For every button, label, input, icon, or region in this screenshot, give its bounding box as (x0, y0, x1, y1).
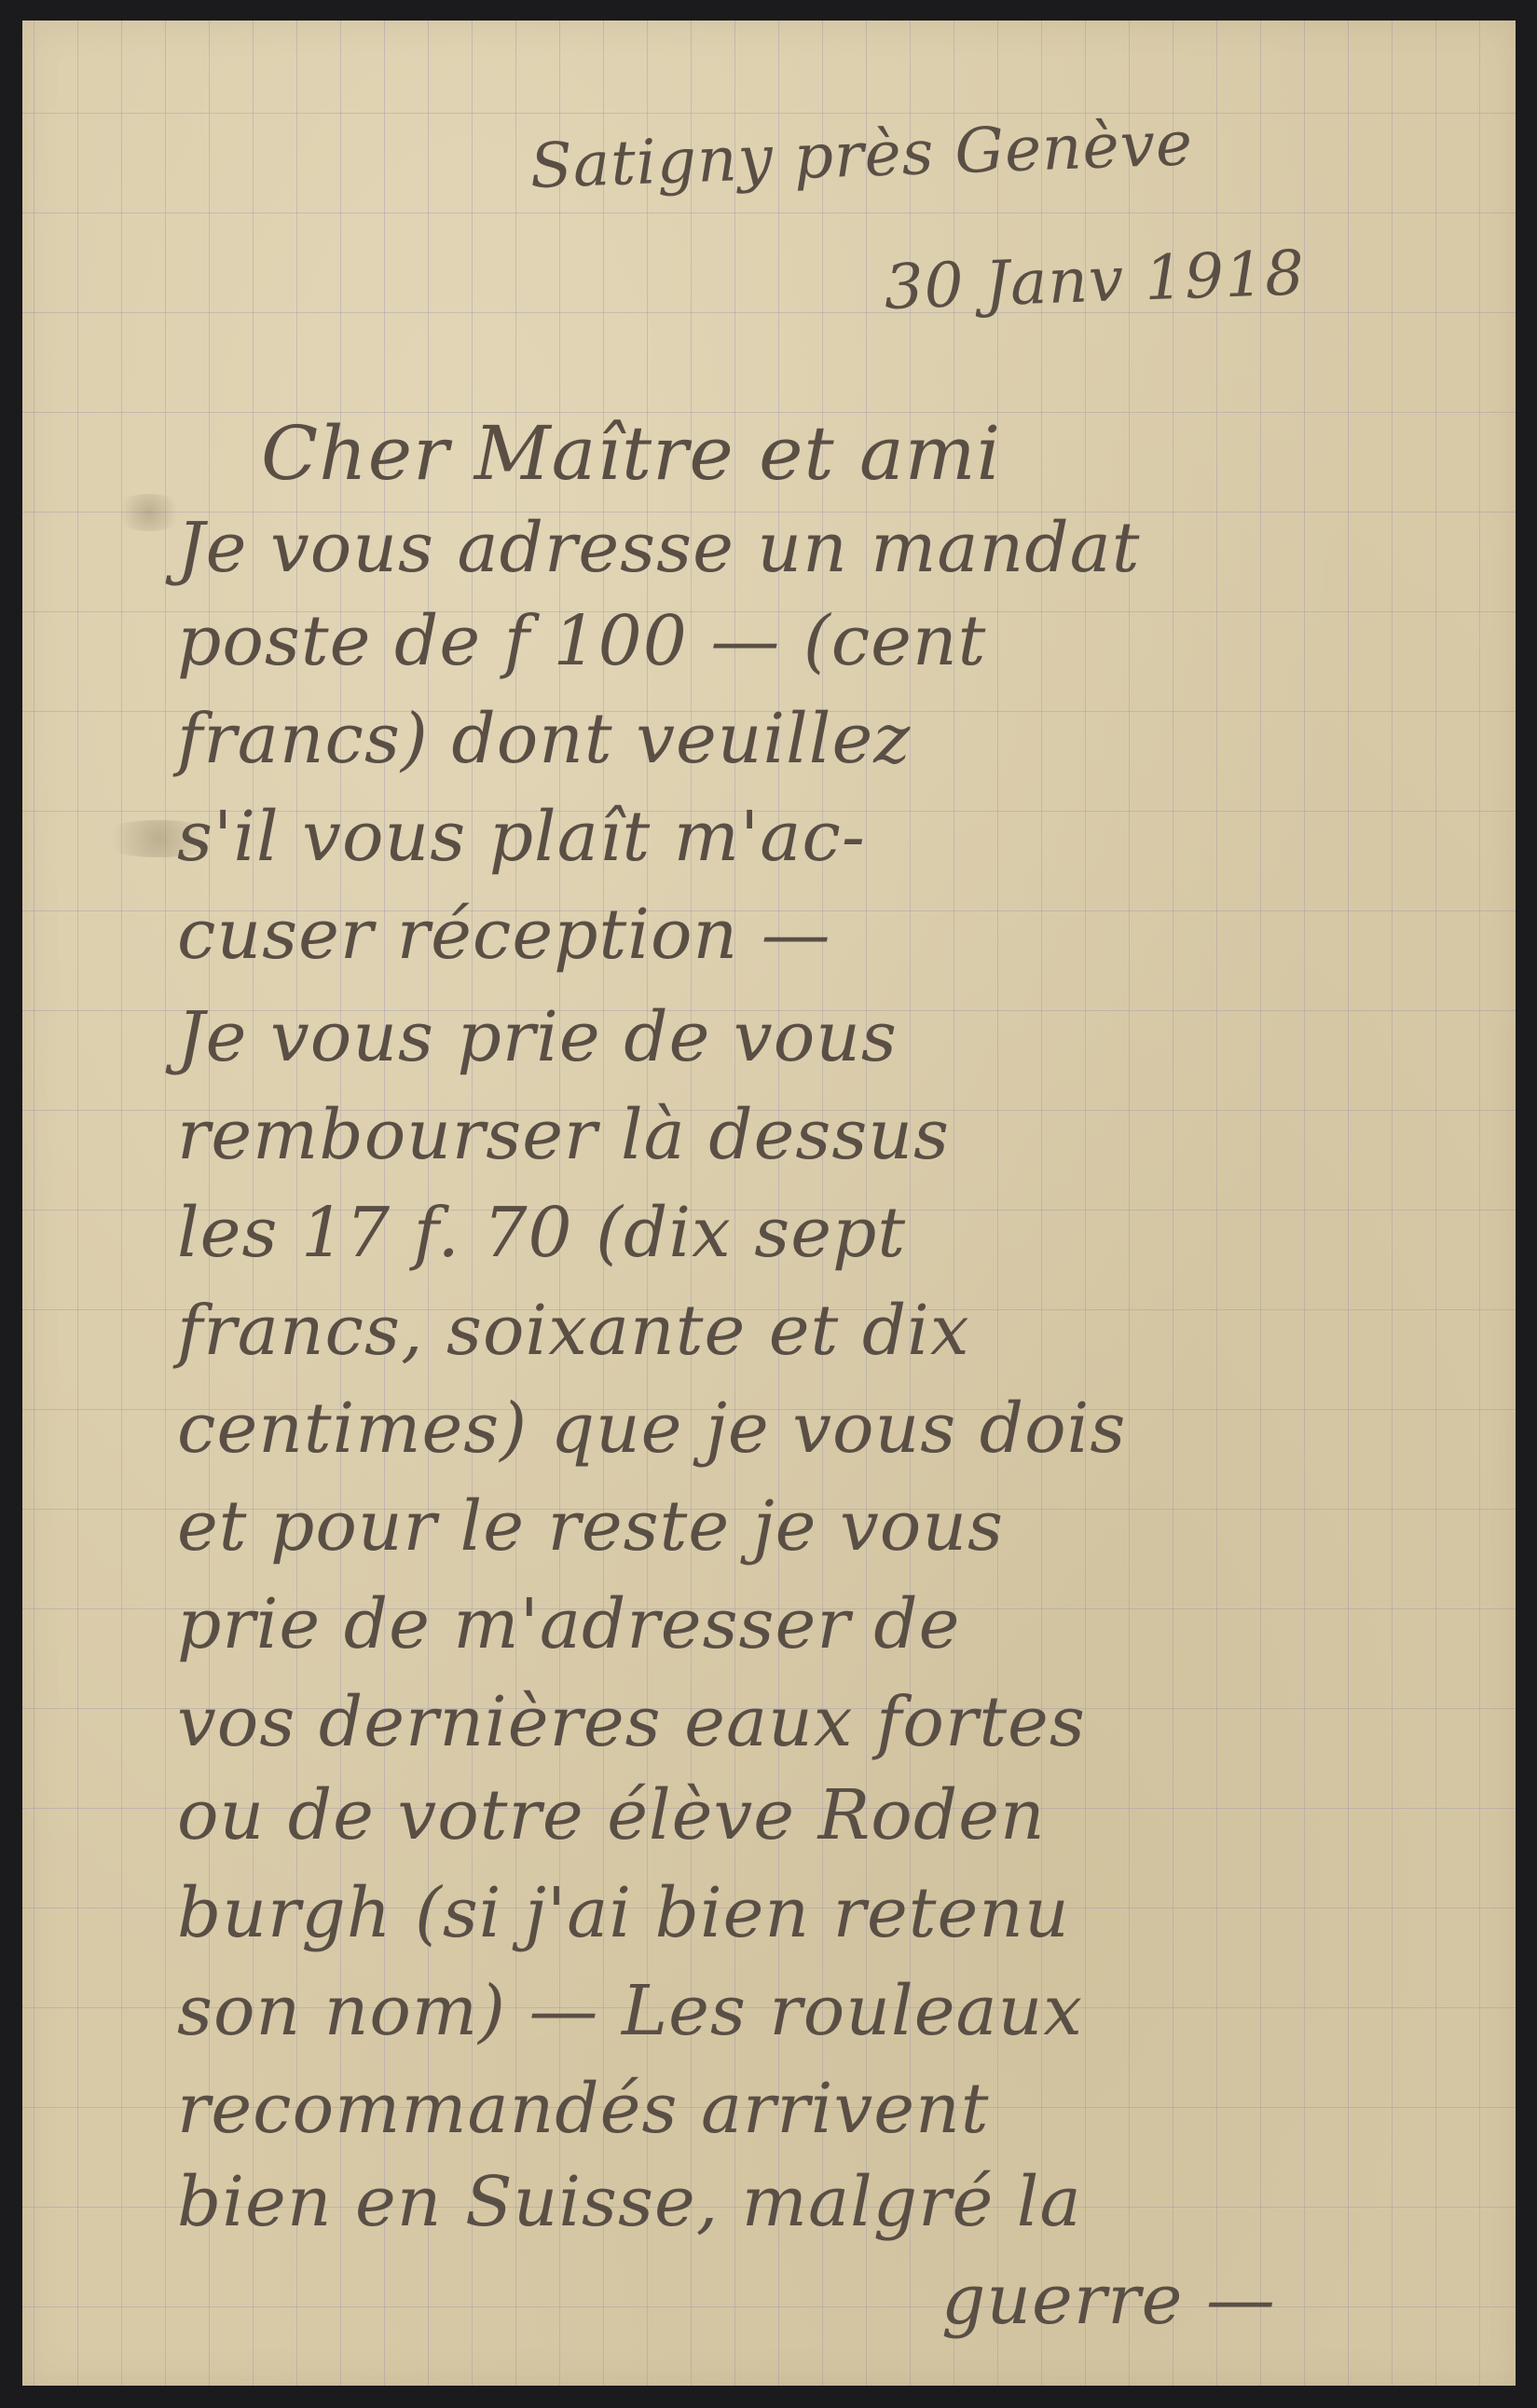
body-line: cuser réception — (177, 895, 831, 975)
header-date: 30 Janv 1918 (883, 237, 1306, 323)
body-line: francs) dont veuillez (177, 699, 911, 779)
body-line: les 17 f. 70 (dix sept (177, 1193, 906, 1273)
ink-speckle (112, 494, 186, 531)
body-line: et pour le reste je vous (177, 1486, 1004, 1567)
body-line: Je vous prie de vous (177, 997, 898, 1077)
body-line: Je vous adresse un mandat (177, 508, 1140, 588)
body-line: burgh (si j'ai bien retenu (177, 1873, 1070, 1953)
body-line: ou de votre élève Roden (177, 1775, 1046, 1855)
body-line: vos dernières eaux fortes (177, 1682, 1086, 1762)
body-line: recommandés arrivent (177, 2069, 989, 2149)
body-line: bien en Suisse, malgré la (177, 2162, 1082, 2242)
body-line: poste de f 100 — (cent (177, 601, 986, 681)
body-line: son nom) — Les rouleaux (177, 1971, 1083, 2051)
body-line: prie de m'adresser de (177, 1584, 960, 1664)
closing-line: guerre — (941, 2260, 1276, 2340)
body-line: rembourser là dessus (177, 1095, 950, 1175)
body-line: francs, soixante et dix (177, 1291, 970, 1371)
body-line: centimes) que je vous dois (177, 1389, 1126, 1469)
salutation: Cher Maître et ami (261, 410, 1001, 497)
body-line: s'il vous plaît m'ac- (177, 797, 866, 877)
